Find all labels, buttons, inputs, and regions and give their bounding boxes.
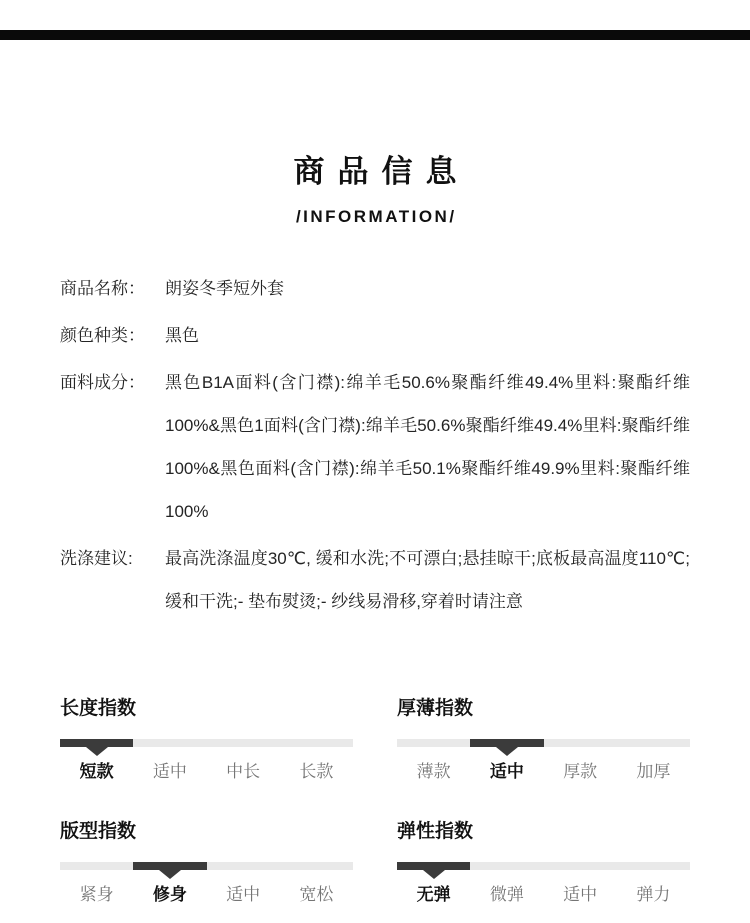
product-info: 商品名称： 朗姿冬季短外套 颜色种类： 黑色 面料成分： 黑色B1A面料(含门襟… (60, 267, 690, 623)
track-segment (133, 862, 206, 870)
indicator-section-fit: 版型指数 紧身 修身 适中 宽松 (60, 821, 353, 906)
page-subtitle: /INFORMATION/ (0, 205, 750, 229)
indicator-track (60, 739, 353, 747)
track-segment (133, 739, 206, 747)
option-labels: 无弹 微弹 适中 弹力 (397, 884, 690, 906)
option-label: 薄款 (397, 761, 470, 783)
option-label: 无弹 (397, 884, 470, 906)
header: 商品信息 /INFORMATION/ (0, 152, 750, 229)
pointer-triangle-icon (86, 747, 108, 756)
pointer-triangle-icon (159, 870, 181, 879)
track-segment (280, 739, 353, 747)
option-label: 厚款 (544, 761, 617, 783)
info-value: 黑色 (165, 314, 690, 357)
page-title: 商品信息 (0, 152, 750, 192)
info-row-product-name: 商品名称： 朗姿冬季短外套 (60, 267, 690, 310)
option-labels: 薄款 适中 厚款 加厚 (397, 761, 690, 783)
track-segment (60, 862, 133, 870)
indicator-track (397, 862, 690, 870)
track-segment (207, 862, 280, 870)
track-segment (617, 739, 690, 747)
indicator-section-elasticity: 弹性指数 无弹 微弹 适中 弹力 (397, 821, 690, 906)
info-row-fabric: 面料成分： 黑色B1A面料(含门襟):绵羊毛50.6%聚酯纤维49.4%里料:聚… (60, 361, 690, 533)
pointer-triangle-icon (496, 747, 518, 756)
track-segment (397, 862, 470, 870)
indicator-title: 弹性指数 (397, 821, 690, 843)
option-labels: 短款 适中 中长 长款 (60, 761, 353, 783)
track-segment (544, 862, 617, 870)
info-row-washing: 洗涤建议: 最高洗涤温度30℃, 缓和水洗;不可漂白;悬挂晾干;底板最高温度11… (60, 537, 690, 623)
indicator-section-thickness: 厚薄指数 薄款 适中 厚款 加厚 (397, 698, 690, 783)
track-segment (60, 739, 133, 747)
track-segment (280, 862, 353, 870)
indicator-title: 版型指数 (60, 821, 353, 843)
info-value: 最高洗涤温度30℃, 缓和水洗;不可漂白;悬挂晾干;底板最高温度110℃;缓和干… (165, 537, 690, 623)
track-segment (397, 739, 470, 747)
track-segment (470, 862, 543, 870)
option-label: 适中 (470, 761, 543, 783)
top-divider (0, 30, 750, 40)
info-label: 商品名称： (60, 267, 165, 310)
track-segment (617, 862, 690, 870)
indicator-track (397, 739, 690, 747)
indicator-title: 长度指数 (60, 698, 353, 720)
option-label: 修身 (133, 884, 206, 906)
option-label: 长款 (280, 761, 353, 783)
track-segment (207, 739, 280, 747)
info-value: 黑色B1A面料(含门襟):绵羊毛50.6%聚酯纤维49.4%里料:聚酯纤维100… (165, 361, 690, 533)
indicator-section-length: 长度指数 短款 适中 中长 长款 (60, 698, 353, 783)
info-label: 洗涤建议: (60, 537, 165, 580)
info-value: 朗姿冬季短外套 (165, 267, 690, 310)
option-label: 加厚 (617, 761, 690, 783)
info-row-color: 颜色种类： 黑色 (60, 314, 690, 357)
option-label: 中长 (207, 761, 280, 783)
pointer-triangle-icon (423, 870, 445, 879)
option-labels: 紧身 修身 适中 宽松 (60, 884, 353, 906)
track-segment (544, 739, 617, 747)
option-label: 宽松 (280, 884, 353, 906)
indicator-title: 厚薄指数 (397, 698, 690, 720)
option-label: 适中 (544, 884, 617, 906)
option-label: 微弹 (470, 884, 543, 906)
indicator-track (60, 862, 353, 870)
option-label: 适中 (133, 761, 206, 783)
indicator-grid: 长度指数 短款 适中 中长 长款 厚薄指数 薄款 适中 厚款 加厚 (60, 698, 690, 906)
option-label: 短款 (60, 761, 133, 783)
option-label: 弹力 (617, 884, 690, 906)
track-segment (470, 739, 543, 747)
option-label: 适中 (207, 884, 280, 906)
option-label: 紧身 (60, 884, 133, 906)
info-label: 颜色种类： (60, 314, 165, 357)
info-label: 面料成分： (60, 361, 165, 404)
